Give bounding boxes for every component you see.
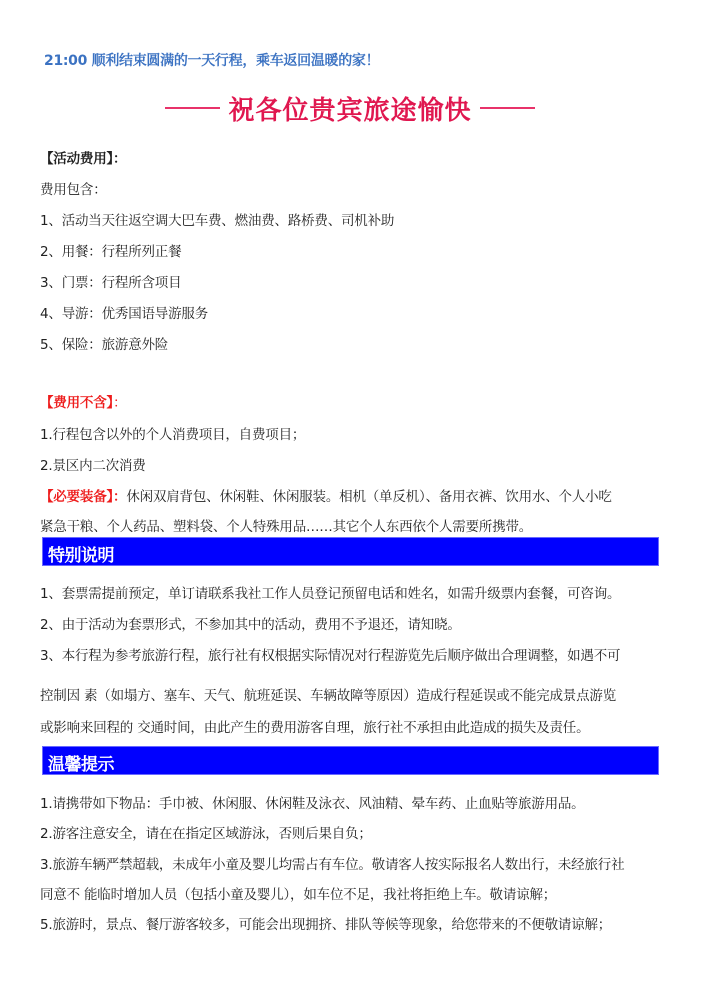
- fees-included-item: 5、保险：旅游意外险: [40, 333, 168, 353]
- equipment-text-1: 休闲双肩背包、休闲鞋、休闲服装。相机（单反机）、备用衣裤、饮用水、个人小吃: [126, 489, 611, 505]
- fees-excluded-item: 1.行程包含以外的个人消费项目，自费项目；: [40, 423, 305, 443]
- warm-tips-line: 5.旅游时，景点、餐厅游客较多，可能会出现拥挤、排队等候等现象，给您带来的不便敬…: [40, 913, 611, 933]
- special-notes-title: 特别说明: [48, 541, 114, 566]
- special-notes-line: 3、本行程为参考旅游行程，旅行社有权根据实际情况对行程游览先后顺序做出合理调整，…: [40, 644, 620, 664]
- special-notes-line: 1、套票需提前预定，单订请联系我社工作人员登记预留电话和姓名，如需升级票内套餐，…: [40, 582, 620, 602]
- equipment-line-1: 【必要装备】：休闲双肩背包、休闲鞋、休闲服装。相机（单反机）、备用衣裤、饮用水、…: [40, 485, 612, 505]
- left-dash-decoration: [165, 107, 220, 109]
- fees-included-item: 3、门票：行程所含项目: [40, 271, 181, 291]
- fees-excluded-heading-row: 【费用不含】：: [40, 391, 126, 411]
- equipment-line-2: 紧急干粮、个人药品、塑料袋、个人特殊用品……其它个人东西依个人需要所携带。: [40, 515, 532, 535]
- fees-included-intro: 费用包含：: [40, 178, 107, 198]
- fees-included-item: 2、用餐：行程所列正餐: [40, 240, 181, 260]
- fees-included-item: 4、导游：优秀国语导游服务: [40, 302, 208, 322]
- fees-excluded-heading: 【费用不含】: [40, 395, 113, 411]
- special-notes-line: 控制因 素（如塌方、塞车、天气、航班延误、车辆故障等原因）造成行程延误或不能完成…: [40, 684, 616, 704]
- wish-banner: 祝各位贵宾旅途愉快: [150, 88, 550, 128]
- warm-tips-line: 2.游客注意安全，请在在指定区域游泳，否则后果自负；: [40, 822, 372, 842]
- warm-tips-line: 同意不 能临时增加人员（包括小童及婴儿），如车位不足，我社将拒绝上车。敬请谅解；: [40, 883, 556, 903]
- special-notes-section-bar: 特别说明: [42, 537, 659, 566]
- warm-tips-line: 3.旅游车辆严禁超载，未成年小童及婴儿均需占有车位。敬请客人按实际报名人数出行，…: [40, 853, 624, 873]
- equipment-heading: 【必要装备】：: [40, 489, 126, 505]
- special-notes-line: 2、由于活动为套票形式，不参加其中的活动，费用不予退还，请知晓。: [40, 613, 461, 633]
- right-dash-decoration: [480, 107, 535, 109]
- warm-tips-title: 温馨提示: [48, 750, 114, 775]
- warm-tips-line: 1.请携带如下物品：手巾被、休闲服、休闲鞋及泳衣、风油精、晕车药、止血贴等旅游用…: [40, 792, 584, 812]
- wish-banner-text: 祝各位贵宾旅途愉快: [228, 90, 471, 127]
- fees-included-heading: 【活动费用】：: [40, 147, 126, 167]
- warm-tips-section-bar: 温馨提示: [42, 746, 659, 775]
- fees-included-item: 1、活动当天往返空调大巴车费、燃油费、路桥费、司机补助: [40, 209, 394, 229]
- fees-excluded-item: 2.景区内二次消费: [40, 454, 146, 474]
- fees-excluded-heading-suffix: ：: [113, 395, 126, 411]
- special-notes-line: 或影响来回程的 交通时间，由此产生的费用游客自理，旅行社不承担由此造成的损失及责…: [40, 716, 589, 736]
- closing-line: 21:00 顺利结束圆满的一天行程，乘车返回温暖的家！: [44, 50, 379, 70]
